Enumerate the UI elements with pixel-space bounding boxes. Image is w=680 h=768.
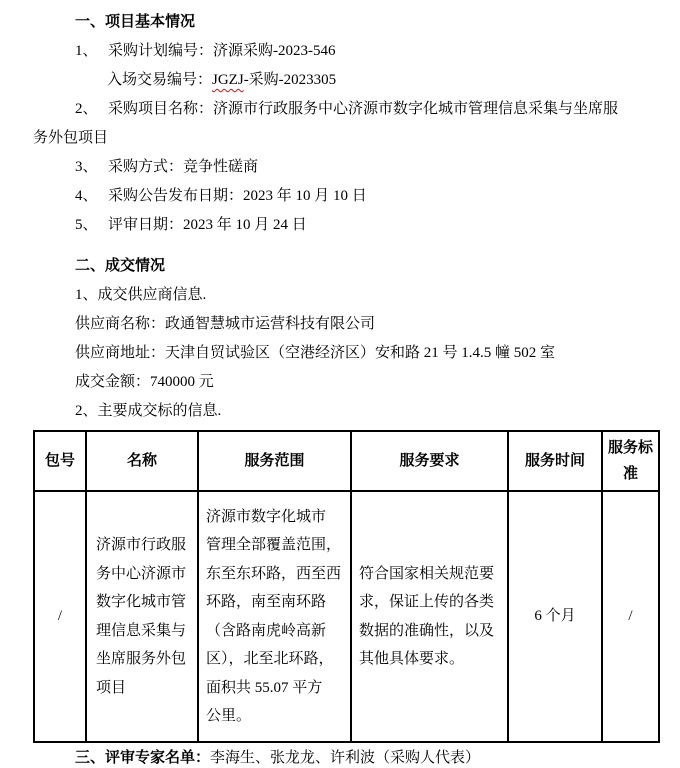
section1-heading: 一、项目基本情况 — [33, 8, 658, 37]
section2-line5: 2、主要成交标的信息. — [33, 397, 658, 426]
document-page: 一、项目基本情况 1、采购计划编号：济源采购-2023-546 入场交易编号：J… — [0, 0, 680, 768]
section1-item3: 3、采购方式：竞争性磋商 — [33, 153, 658, 182]
cell-requirement: 符合国家相关规范要 求，保证上传的各类 数据的准确性，以及 其他具体要求。 — [351, 491, 508, 742]
col-header-standard: 服务标准 — [602, 431, 659, 491]
cell-standard: / — [602, 491, 659, 742]
item3-number: 3、 — [75, 153, 108, 182]
item4-text: 采购公告发布日期：2023 年 10 月 10 日 — [108, 188, 367, 204]
col-header-name: 名称 — [86, 431, 198, 491]
item4-number: 4、 — [75, 182, 108, 211]
item1-number: 1、 — [75, 37, 108, 66]
section2-line3: 供应商地址：天津自贸试验区（空港经济区）安和路 21 号 1.4.5 幢 502… — [33, 339, 658, 368]
item1b-code-spellchecked: JGZJ — [212, 72, 244, 88]
item5-text: 评审日期：2023 年 10 月 24 日 — [108, 217, 307, 233]
experts-label: 三、评审专家名单： — [75, 750, 210, 766]
item1b-label: 入场交易编号： — [107, 72, 212, 88]
item2-text: 采购项目名称：济源市行政服务中心济源市数字化城市管理信息采集与坐席服 务外包项目 — [33, 101, 618, 146]
table-header-row: 包号 名称 服务范围 服务要求 服务时间 服务标准 — [34, 431, 659, 491]
section-gap — [33, 240, 658, 252]
cell-name: 济源市行政服 务中心济源市 数字化城市管 理信息采集与 坐席服务外包 项目 — [86, 491, 198, 742]
cell-scope: 济源市数字化城市 管理全部覆盖范围， 东至东环路，西至西 环路，南至南环路 （含… — [198, 491, 351, 742]
col-header-package-no: 包号 — [34, 431, 86, 491]
col-header-duration: 服务时间 — [508, 431, 602, 491]
cell-package-no: / — [34, 491, 86, 742]
experts-names: 李海生、张龙龙、许利波（采购人代表） — [210, 750, 480, 766]
section3-experts: 三、评审专家名单：李海生、张龙龙、许利波（采购人代表） — [33, 744, 658, 768]
deal-info-table: 包号 名称 服务范围 服务要求 服务时间 服务标准 / 济源市行政服 务中心济源… — [33, 430, 660, 743]
col-header-requirement: 服务要求 — [351, 431, 508, 491]
section2-line1: 1、成交供应商信息. — [33, 281, 658, 310]
cell-duration: 6 个月 — [508, 491, 602, 742]
section2-line2: 供应商名称：政通智慧城市运营科技有限公司 — [33, 310, 658, 339]
item1-text: 采购计划编号：济源采购-2023-546 — [108, 43, 336, 59]
item3-text: 采购方式：竞争性磋商 — [108, 159, 258, 175]
section1-item1: 1、采购计划编号：济源采购-2023-546 — [33, 37, 658, 66]
section1-item5: 5、评审日期：2023 年 10 月 24 日 — [33, 211, 658, 240]
section1-item1b: 入场交易编号：JGZJ-采购-2023305 — [33, 66, 658, 95]
section1-item4: 4、采购公告发布日期：2023 年 10 月 10 日 — [33, 182, 658, 211]
section2-heading: 二、成交情况 — [33, 252, 658, 281]
section1-item2: 2、采购项目名称：济源市行政服务中心济源市数字化城市管理信息采集与坐席服 务外包… — [33, 95, 658, 153]
section2-line4: 成交金额：740000 元 — [33, 368, 658, 397]
item1b-code-rest: -采购-2023305 — [244, 72, 337, 88]
table-row: / 济源市行政服 务中心济源市 数字化城市管 理信息采集与 坐席服务外包 项目 … — [34, 491, 659, 742]
item2-number: 2、 — [75, 95, 108, 124]
col-header-scope: 服务范围 — [198, 431, 351, 491]
item5-number: 5、 — [75, 211, 108, 240]
